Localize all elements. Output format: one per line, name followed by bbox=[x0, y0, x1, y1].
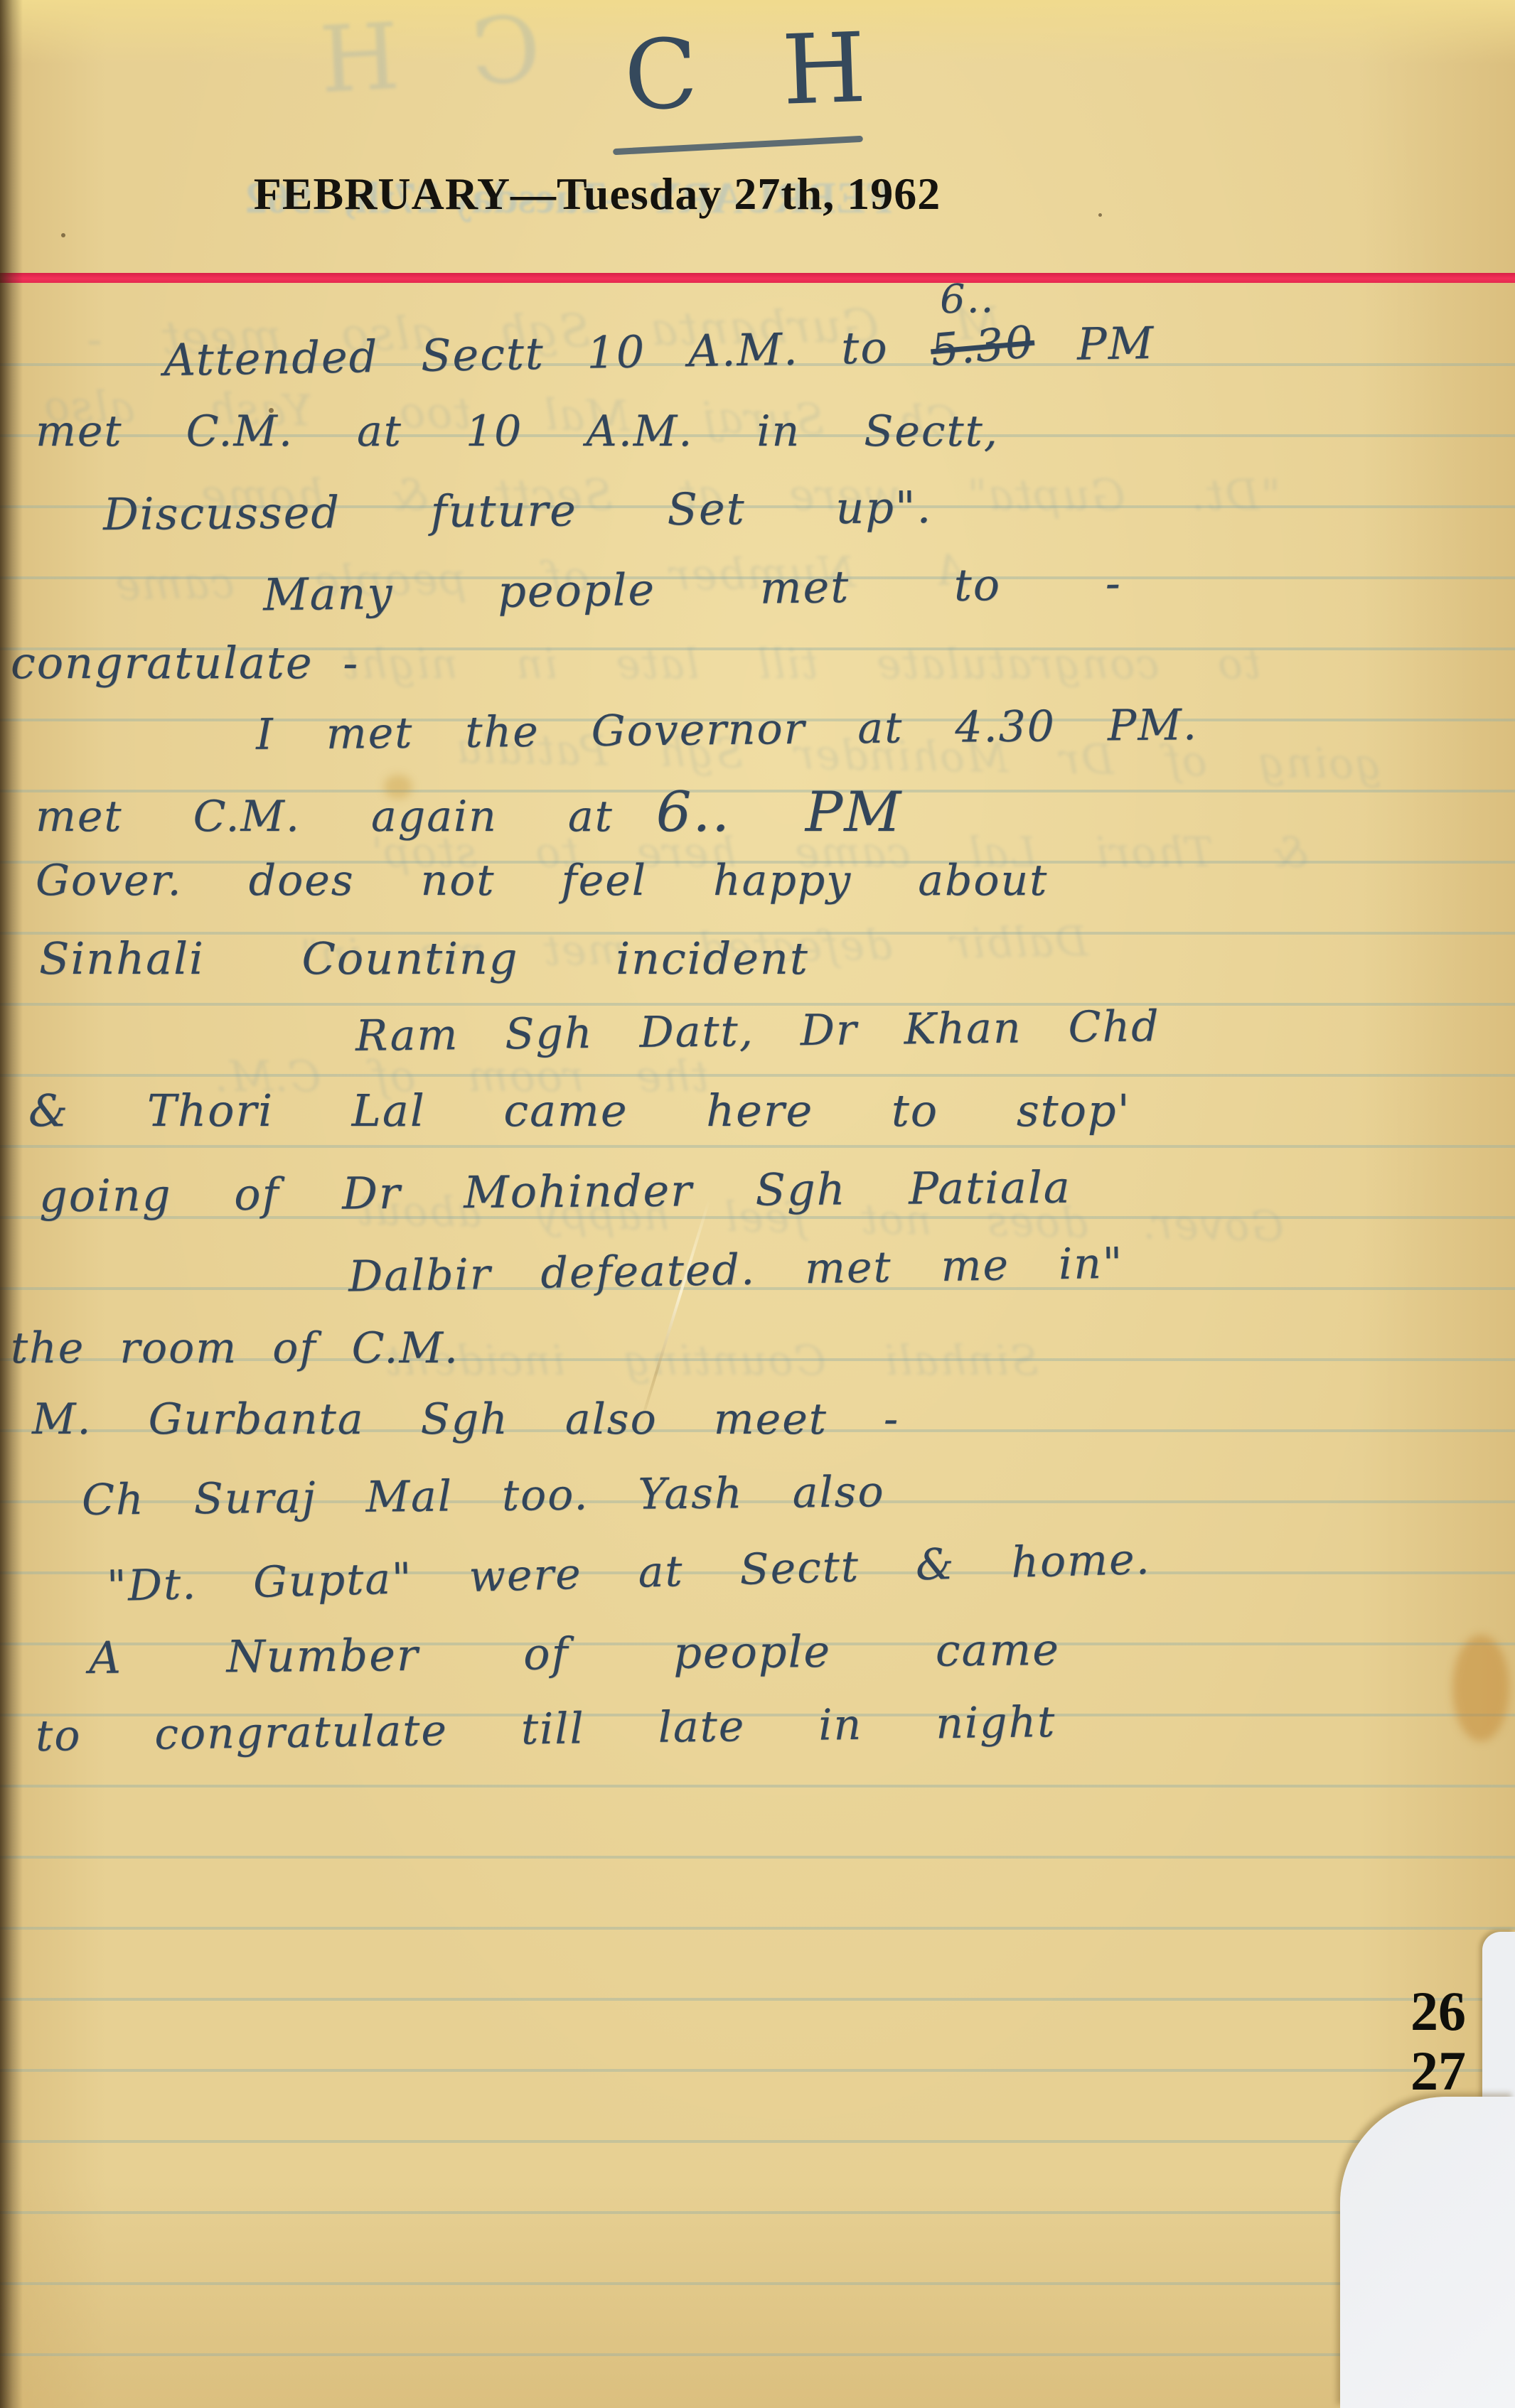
line7-text: met C.M. again at bbox=[36, 792, 614, 842]
handwriting-line-11: & Thori Lal came here to stop' bbox=[28, 1085, 1131, 1136]
page-number-bottom: 27 bbox=[1388, 2041, 1466, 2101]
monogram-bleedthrough: C H bbox=[296, 0, 543, 115]
monogram-underline bbox=[613, 136, 863, 155]
paper-stain bbox=[384, 775, 412, 799]
line1-inserted-time: 6.. bbox=[940, 276, 995, 323]
handwriting-line-8: Gover. does not feel happy about bbox=[36, 856, 1048, 905]
bleedthrough-line: Sinhali Counting incident bbox=[384, 1336, 1039, 1385]
red-rule bbox=[0, 273, 1515, 283]
underlying-page-edge bbox=[1482, 1932, 1515, 2100]
printed-date-header: FEBRUARY—Tuesday 27th, 1962 bbox=[178, 168, 1017, 220]
line7-time-large: 6.. PM bbox=[656, 780, 902, 844]
line1-correction: 6..5.30 bbox=[931, 319, 1035, 373]
page-numbers: 26 27 bbox=[1388, 1982, 1466, 2101]
paper-speck bbox=[61, 233, 65, 237]
handwriting-line-12: going of Dr Mohinder Sgh Patiala bbox=[39, 1161, 1071, 1222]
paper-stain bbox=[1452, 1635, 1509, 1741]
bleedthrough-line: to congratulate till late in night bbox=[341, 640, 1260, 688]
handwriting-line-16: Ch Suraj Mal too. Yash also bbox=[82, 1467, 885, 1525]
line1-text-end: PM bbox=[1076, 317, 1155, 370]
paper-speck bbox=[1098, 213, 1102, 217]
handwriting-line-6: I met the Governor at 4.30 PM. bbox=[256, 700, 1199, 760]
handwriting-line-7: met C.M. again at6.. PM bbox=[36, 780, 902, 844]
handwriting-line-5: congratulate - bbox=[11, 637, 359, 689]
handwriting-line-10: Ram Sgh Datt, Dr Khan Chd bbox=[355, 1001, 1160, 1061]
underlying-page-corner bbox=[1340, 2097, 1515, 2408]
handwriting-line-2: met C.M. at 10 A.M. in Sectt, bbox=[36, 407, 999, 456]
handwritten-monogram: C H bbox=[622, 11, 894, 131]
diary-page-scan: C H FEBRUARY—Tuesday 27th, 1962 M. Gurba… bbox=[0, 0, 1515, 2408]
binding-edge-shadow bbox=[0, 0, 23, 2408]
handwriting-line-15: M. Gurbanta Sgh also meet - bbox=[32, 1394, 899, 1444]
line1-struck-time: 5.30 bbox=[928, 316, 1037, 376]
paper-speck bbox=[269, 408, 274, 413]
page-number-top: 26 bbox=[1388, 1982, 1466, 2041]
handwriting-line-14: the room of C.M. bbox=[11, 1323, 459, 1373]
handwriting-line-9: Sinhali Counting incident bbox=[39, 932, 809, 984]
handwriting-line-18: A Number of people came bbox=[89, 1623, 1061, 1684]
handwriting-line-3: Discussed future Set up". bbox=[103, 481, 933, 540]
